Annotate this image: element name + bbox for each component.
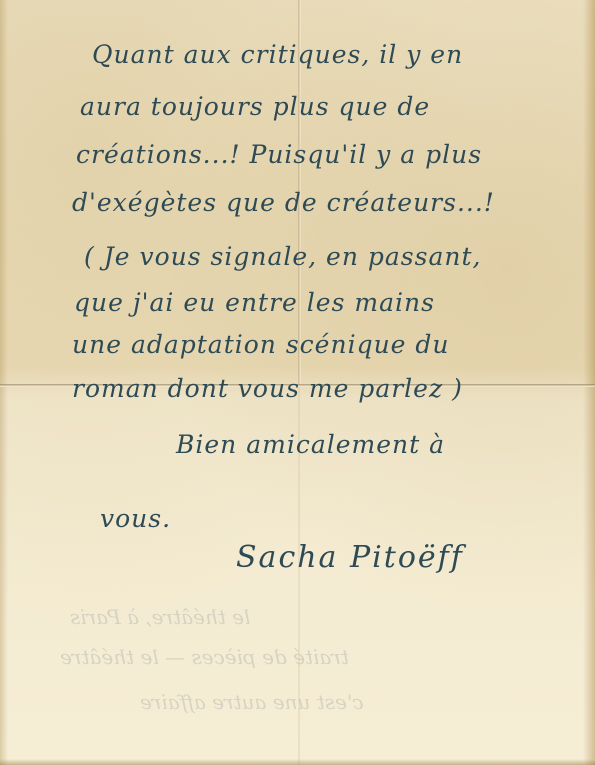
letter-paper: le théâtre, à Paris traité de pièces — l… — [0, 0, 595, 765]
show-through-text: c'est une autre affaire — [140, 690, 364, 714]
paper-right-edge — [583, 0, 595, 765]
signature: Sacha Pitoëff — [236, 540, 464, 575]
letter-body-line: aura toujours plus que de — [80, 92, 430, 121]
letter-body-line: que j'ai eu entre les mains — [74, 288, 435, 317]
show-through-text: traité de pièces — le théâtre — [60, 645, 349, 669]
letter-body-line: ( Je vous signale, en passant, — [84, 242, 481, 271]
letter-body-line: créations...! Puisqu'il y a plus — [76, 140, 482, 169]
letter-body-line: une adaptation scénique du — [72, 330, 450, 359]
letter-closing: Bien amicalement à — [176, 430, 445, 459]
paper-left-edge — [0, 0, 8, 765]
letter-body-line: d'exégètes que de créateurs...! — [72, 188, 495, 217]
letter-body-line: roman dont vous me parlez ) — [72, 374, 463, 403]
letter-body-line: Quant aux critiques, il y en — [92, 40, 463, 69]
letter-closing-vous: vous. — [100, 504, 171, 533]
show-through-text: le théâtre, à Paris — [70, 605, 250, 629]
